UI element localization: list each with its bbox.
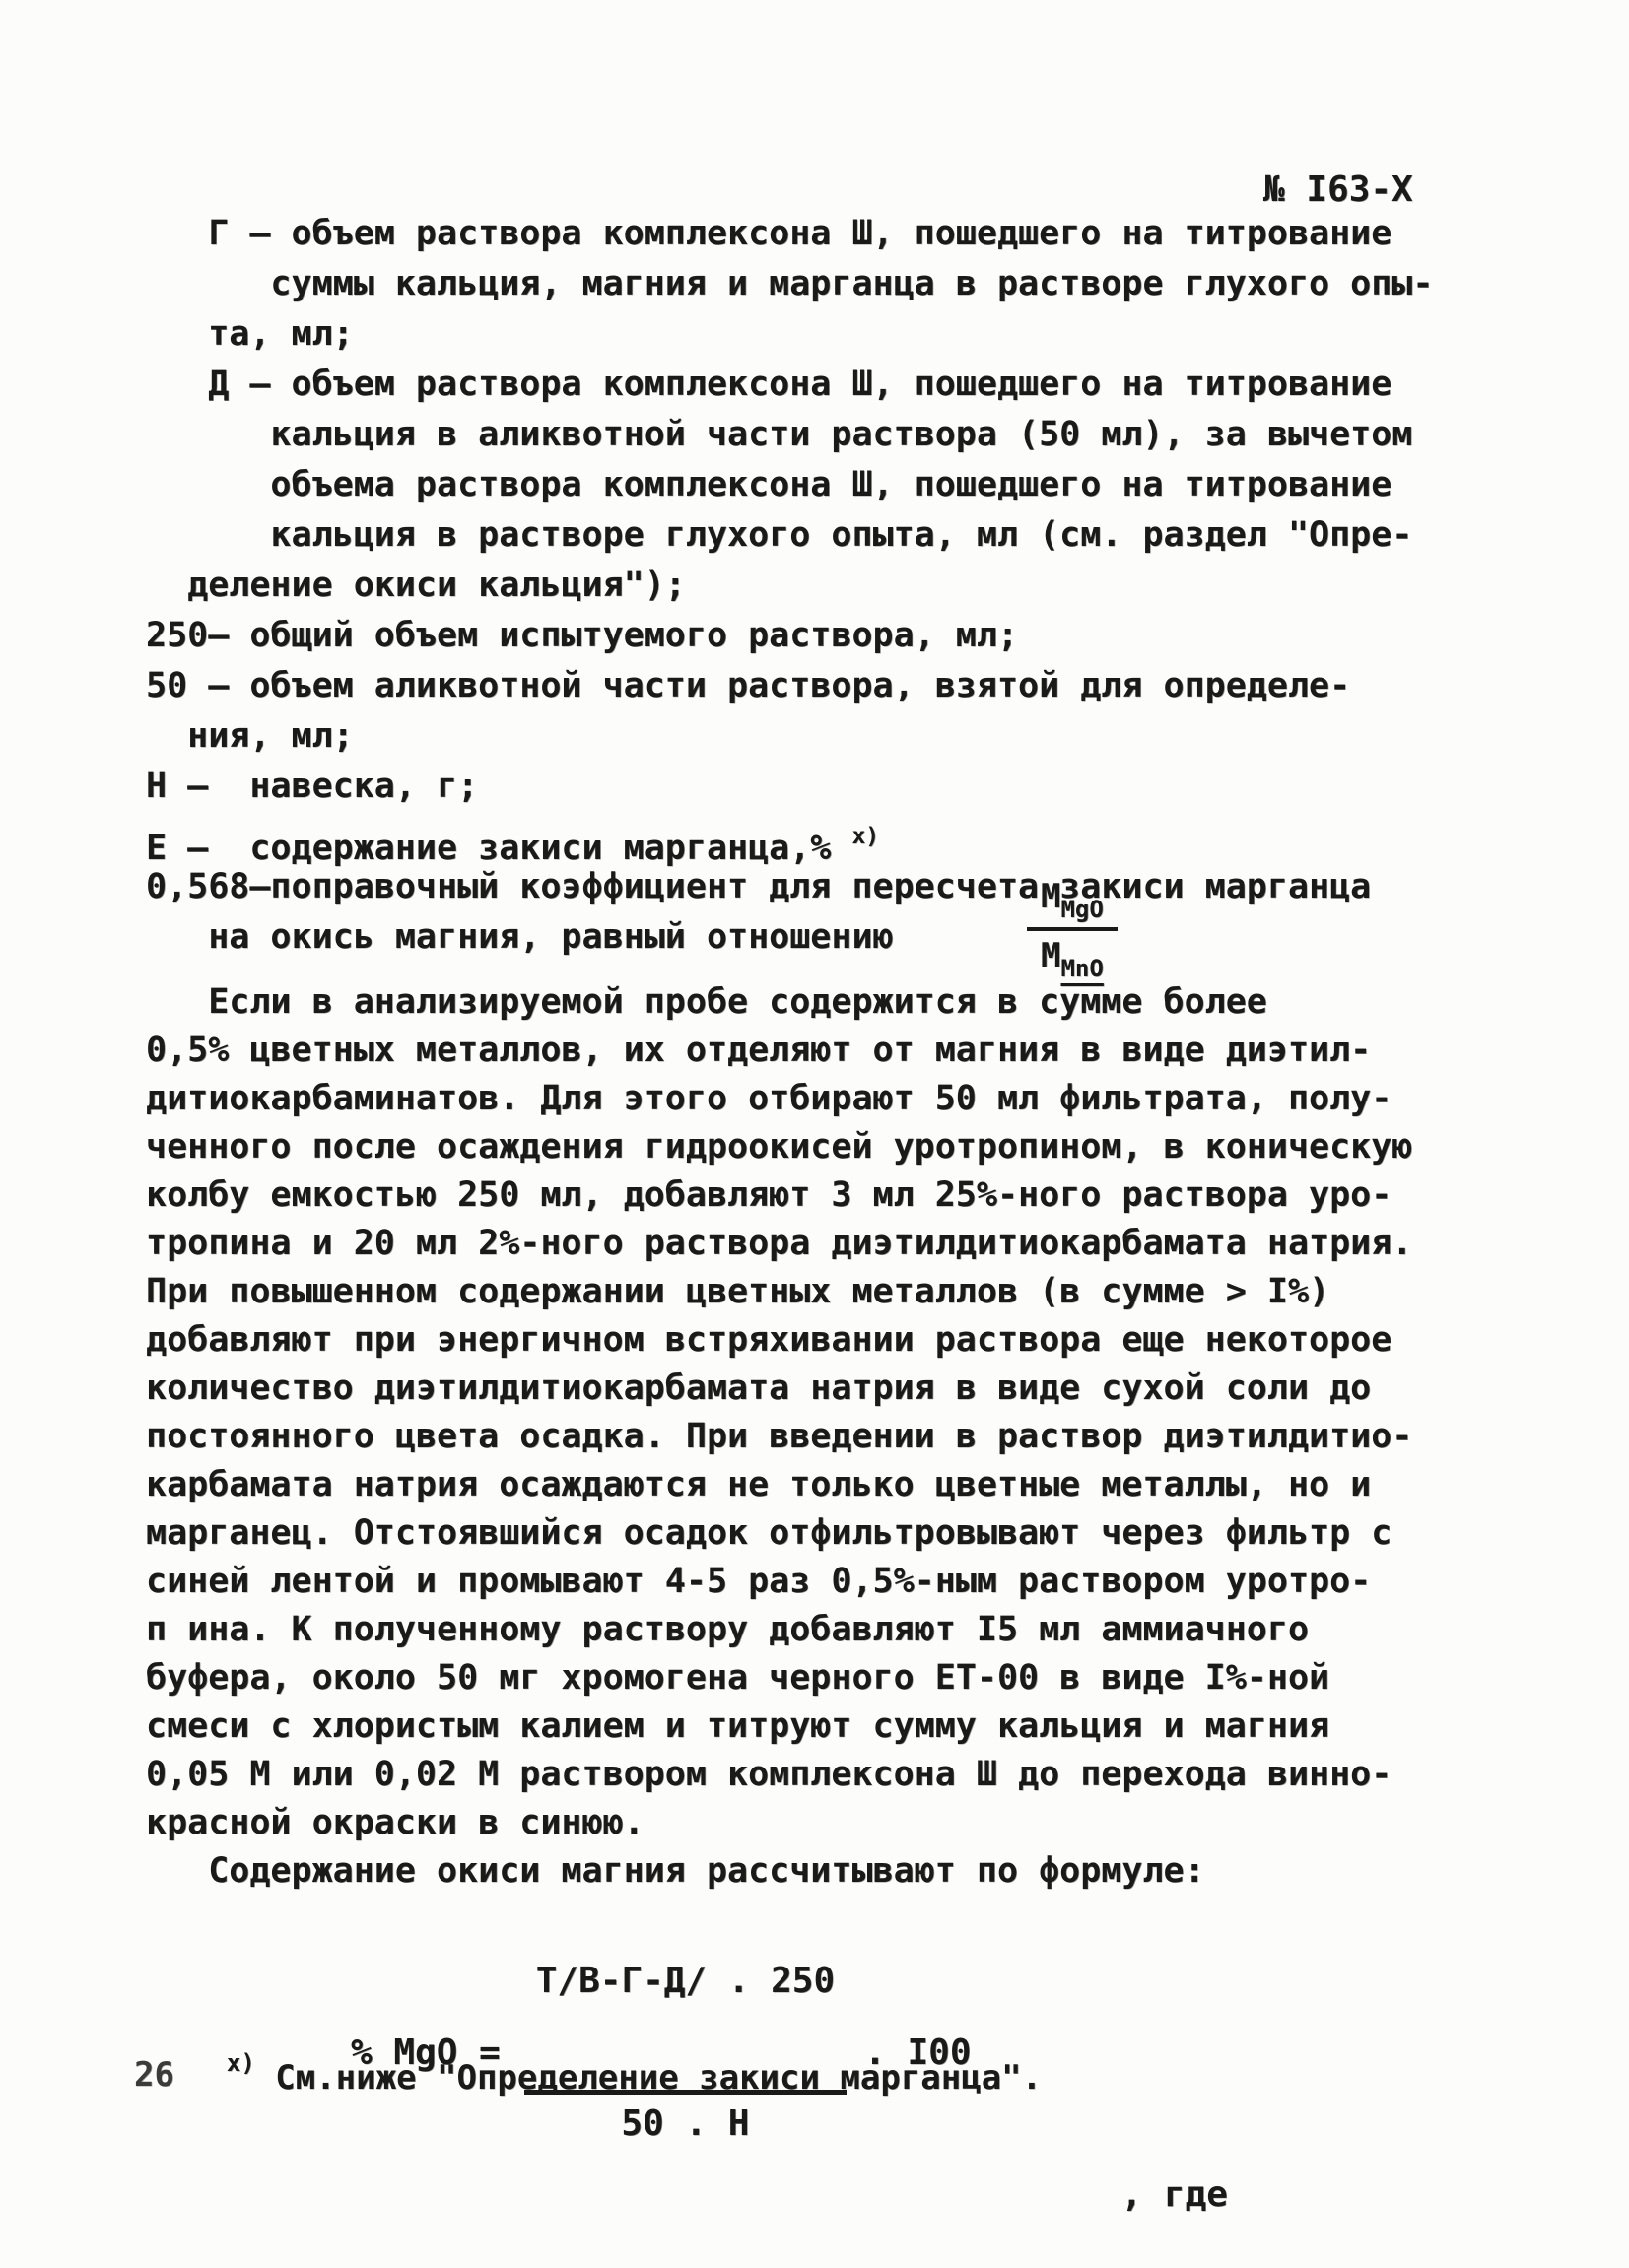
paragraph-line: синей лентой и промывают 4-5 раз 0,5%-ны… [146, 1558, 1412, 1606]
paragraph-line: смеси с хлористым калием и титруют сумму… [146, 1702, 1412, 1751]
definition-line: Е – содержание закиси марганца,% х) [146, 812, 1433, 862]
denominator-base: М [1041, 936, 1060, 975]
ratio-fraction-numerator: МMgO [1027, 877, 1118, 931]
paragraph-line: п ина. К полученному раствору добавляют … [146, 1606, 1412, 1654]
definition-line: деление окиси кальция"); [146, 561, 1433, 611]
scanned-document-page: № I63-Х Г – объем раствора комплексона Ш… [0, 0, 1629, 2268]
definition-line: 250– общий объем испытуемого раствора, м… [146, 611, 1433, 661]
body-text-block: Если в анализируемой пробе содержится в … [146, 978, 1412, 1896]
definition-line: ния, мл; [146, 711, 1433, 762]
page-number: 26 [134, 2055, 174, 2095]
footnote: х) См.ниже "Определение закиси марганца"… [146, 2010, 1042, 2137]
paragraph-line: Если в анализируемой пробе содержится в … [146, 978, 1412, 1027]
paragraph-line: 0,05 М или 0,02 М раствором комплексона … [146, 1751, 1412, 1799]
paragraph-line: При повышенном содержании цветных металл… [146, 1268, 1412, 1316]
paragraph-line: тропина и 20 мл 2%-ного раствора диэтилд… [146, 1220, 1412, 1268]
footnote-text: См.ниже "Определение закиси марганца". [255, 2058, 1042, 2098]
definition-line: на окись магния, равный отношению [146, 912, 1433, 963]
paragraph-line: ченного после осаждения гидроокисей урот… [146, 1123, 1412, 1171]
numerator-base: М [1041, 877, 1060, 916]
definition-line: объема раствора комплексона Ш, пошедшего… [146, 460, 1433, 510]
paragraph-line: добавляют при энергичном встряхивании ра… [146, 1316, 1412, 1365]
paragraph-line: дитиокарбаминатов. Для этого отбирают 50… [146, 1075, 1412, 1123]
definition-line: та, мл; [146, 309, 1433, 360]
paragraph-line: карбамата натрия осаждаются не только цв… [146, 1461, 1412, 1509]
document-number: № I63-Х [1263, 169, 1413, 210]
formula-tail: , где [1121, 2174, 1228, 2215]
ratio-fraction: МMgO МMnO [1027, 877, 1118, 982]
definition-line: Г – объем раствора комплексона Ш, пошедш… [146, 209, 1433, 259]
paragraph-line: буфера, около 50 мг хромогена черного ЕТ… [146, 1654, 1412, 1702]
definition-line: Д – объем раствора комплексона Ш, пошедш… [146, 360, 1433, 410]
paragraph-line: 0,5% цветных металлов, их отделяют от ма… [146, 1027, 1412, 1075]
paragraph-line: количество диэтилдитиокарбамата натрия в… [146, 1365, 1412, 1413]
ratio-fraction-denominator: МMnO [1027, 931, 1118, 982]
definition-line: кальция в растворе глухого опыта, мл (см… [146, 510, 1433, 561]
paragraph-line: постоянного цвета осадка. При введении в… [146, 1413, 1412, 1461]
definition-line: 0,568–поправочный коэффициент для пересч… [146, 862, 1433, 912]
definitions-block: Г – объем раствора комплексона Ш, пошедш… [146, 209, 1433, 963]
paragraph-line: марганец. Отстоявшийся осадок отфильтров… [146, 1509, 1412, 1558]
definition-line: Н – навеска, г; [146, 762, 1433, 812]
superscript-marker: х) [851, 824, 879, 849]
numerator-subscript: MgO [1060, 896, 1103, 923]
definition-line: 50 – объем аликвотной части раствора, вз… [146, 661, 1433, 711]
definition-line: суммы кальция, магния и марганца в раств… [146, 259, 1433, 309]
definition-line: кальция в аликвотной части раствора (50 … [146, 410, 1433, 460]
formula-numerator: Т/В-Г-Д/ . 250 [524, 1961, 847, 2009]
paragraph-line: красной окраски в синюю. [146, 1799, 1412, 1847]
footnote-marker: х) [227, 2049, 255, 2077]
paragraph-line: колбу емкостью 250 мл, добавляют 3 мл 25… [146, 1171, 1412, 1220]
